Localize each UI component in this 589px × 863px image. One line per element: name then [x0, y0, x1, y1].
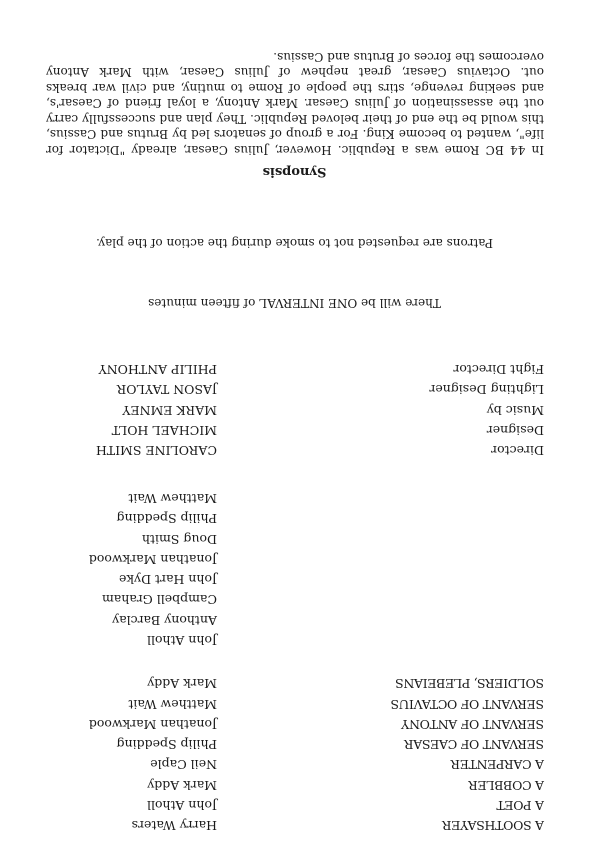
cast-role: SERVANT OF ANTONY — [217, 717, 544, 732]
crew-name: JASON TAYLOR — [44, 382, 217, 397]
cast-actor: Matthew Wait — [44, 697, 217, 712]
cast-row: SERVANT OF CAESARPhilip Spedding — [44, 735, 544, 755]
synopsis-heading: Synopsis — [0, 164, 589, 179]
extra-actor: Doug Smith — [89, 528, 217, 548]
cast-row: A POETJohn Atholl — [44, 795, 544, 815]
crew-row: Fight DirectorPHILIP ANTHONY — [44, 360, 544, 380]
cast-role: SOLDIERS, PLEBEIANS — [217, 676, 544, 691]
cast-actor: Harry Waters — [44, 818, 217, 833]
cast-role: SERVANT OF CAESAR — [217, 737, 544, 752]
crew-role: Lighting Designer — [217, 382, 544, 397]
extra-actor: John Hart Dyke — [89, 569, 217, 589]
extra-actor: Philip Spedding — [89, 508, 217, 528]
crew-role: Fight Director — [217, 362, 544, 377]
crew-role: Music by — [217, 403, 544, 418]
crew-name: MICHAEL HOLT — [44, 423, 217, 438]
crew-name: PHILIP ANTHONY — [44, 362, 217, 377]
crew-list: DirectorCAROLINE SMITH DesignerMICHAEL H… — [44, 360, 544, 461]
crew-role: Designer — [217, 423, 544, 438]
cast-row: A CARPENTERNeil Caple — [44, 755, 544, 775]
interval-notice: There will be ONE INTERVAL of fifteen mi… — [0, 296, 589, 310]
cast-actor: John Atholl — [44, 798, 217, 813]
extra-actor: John Atholl — [89, 630, 217, 650]
extra-actor: Jonathan Markwood — [89, 549, 217, 569]
extra-actor: Campbell Graham — [89, 589, 217, 609]
cast-role: A SOOTHSAYER — [217, 818, 544, 833]
programme-page: A SOOTHSAYERHarry Waters A POETJohn Atho… — [0, 0, 589, 863]
crew-row: Lighting DesignerJASON TAYLOR — [44, 380, 544, 400]
crew-name: CAROLINE SMITH — [44, 443, 217, 458]
cast-role: A POET — [217, 798, 544, 813]
extras-list: John Atholl Anthony Barclay Campbell Gra… — [89, 488, 217, 650]
cast-row: SERVANT OF ANTONYJonathan Markwood — [44, 714, 544, 734]
cast-role: A CARPENTER — [217, 757, 544, 772]
crew-role: Director — [217, 443, 544, 458]
extra-actor: Matthew Wait — [89, 488, 217, 508]
crew-row: DesignerMICHAEL HOLT — [44, 420, 544, 440]
cast-row: SERVANT OF OCTAVIUSMatthew Wait — [44, 694, 544, 714]
cast-actor: Jonathan Markwood — [44, 717, 217, 732]
crew-row: Music byMARK EMNEY — [44, 400, 544, 420]
synopsis-text: In 44 BC Rome was a Republic. However, J… — [46, 49, 544, 158]
cast-role: A COBBLER — [217, 778, 544, 793]
cast-actor: Philip Spedding — [44, 737, 217, 752]
cast-list: A SOOTHSAYERHarry Waters A POETJohn Atho… — [44, 674, 544, 836]
cast-row: SOLDIERS, PLEBEIANSMark Addy — [44, 674, 544, 694]
crew-row: DirectorCAROLINE SMITH — [44, 441, 544, 461]
smoking-notice: Patrons are requested not to smoke durin… — [0, 236, 589, 250]
cast-actor: Mark Addy — [44, 778, 217, 793]
cast-actor: Neil Caple — [44, 757, 217, 772]
cast-actor: Mark Addy — [44, 676, 217, 691]
cast-row: A SOOTHSAYERHarry Waters — [44, 816, 544, 836]
extra-actor: Anthony Barclay — [89, 609, 217, 629]
cast-role: SERVANT OF OCTAVIUS — [217, 697, 544, 712]
cast-row: A COBBLERMark Addy — [44, 775, 544, 795]
crew-name: MARK EMNEY — [44, 403, 217, 418]
